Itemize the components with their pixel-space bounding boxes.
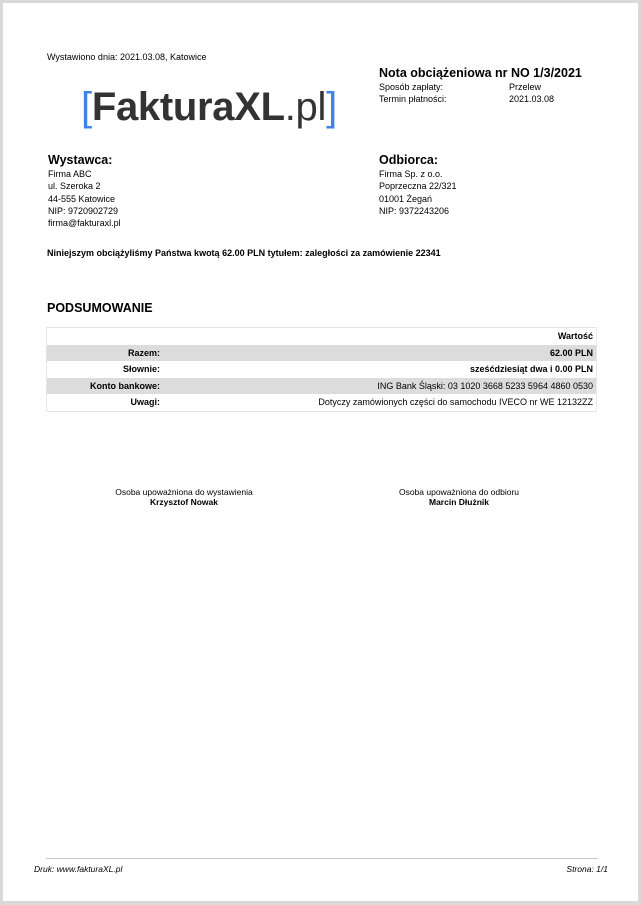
seller-city: 44-555 Katowice bbox=[48, 193, 121, 205]
notes-value: Dotyczy zamówionych części do samochodu … bbox=[163, 394, 597, 411]
summary-title: PODSUMOWANIE bbox=[47, 301, 153, 315]
seller-email: firma@fakturaxl.pl bbox=[48, 217, 121, 229]
payment-method-label: Sposób zapłaty: bbox=[379, 81, 509, 93]
buyer-nip: NIP: 9372243206 bbox=[379, 205, 457, 217]
table-row: Słownie: sześćdziesiąt dwa i 0.00 PLN bbox=[47, 361, 597, 378]
buyer-heading: Odbiorca: bbox=[379, 153, 457, 168]
buyer-street: Poprzeczna 22/321 bbox=[379, 180, 457, 192]
bank-account-label: Konto bankowe: bbox=[47, 378, 164, 395]
receiver-signature: Osoba upoważniona do odbioru Marcin Dłuż… bbox=[359, 487, 559, 507]
in-words-label: Słownie: bbox=[47, 361, 164, 378]
table-row: Razem: 62.00 PLN bbox=[47, 345, 597, 362]
payment-due-value: 2021.03.08 bbox=[509, 93, 554, 105]
total-value: 62.00 PLN bbox=[163, 345, 597, 362]
table-row: Uwagi: Dotyczy zamówionych części do sam… bbox=[47, 394, 597, 411]
buyer-city: 01001 Żegań bbox=[379, 193, 457, 205]
buyer-name: Firma Sp. z o.o. bbox=[379, 168, 457, 180]
payment-method-value: Przelew bbox=[509, 81, 541, 93]
debit-statement: Niniejszym obciążyliśmy Państwa kwotą 62… bbox=[47, 248, 441, 258]
logo-main-text: FakturaXL bbox=[92, 85, 285, 129]
logo-bracket-close: ] bbox=[326, 85, 337, 129]
issuer-caption: Osoba upoważniona do wystawienia bbox=[84, 487, 284, 497]
issuer-name: Krzysztof Nowak bbox=[84, 497, 284, 507]
document-title: Nota obciążeniowa nr NO 1/3/2021 bbox=[379, 66, 582, 80]
payment-due-row: Termin płatności: 2021.03.08 bbox=[379, 93, 554, 105]
notes-label: Uwagi: bbox=[47, 394, 164, 411]
seller-street: ul. Szeroka 2 bbox=[48, 180, 121, 192]
logo-tld: .pl bbox=[285, 85, 326, 129]
seller-nip: NIP: 9720902729 bbox=[48, 205, 121, 217]
issue-date-place: Wystawiono dnia: 2021.03.08, Katowice bbox=[47, 52, 207, 62]
table-row: Konto bankowe: ING Bank Śląski: 03 1020 … bbox=[47, 378, 597, 395]
total-label: Razem: bbox=[47, 345, 164, 362]
seller-heading: Wystawca: bbox=[48, 153, 121, 168]
logo-bracket-open: [ bbox=[81, 85, 92, 129]
issuer-signature: Osoba upoważniona do wystawienia Krzyszt… bbox=[84, 487, 284, 507]
receiver-caption: Osoba upoważniona do odbioru bbox=[359, 487, 559, 497]
summary-table: Wartość Razem: 62.00 PLN Słownie: sześćd… bbox=[46, 327, 597, 412]
payment-method-row: Sposób zapłaty: Przelew bbox=[379, 81, 554, 93]
in-words-value: sześćdziesiąt dwa i 0.00 PLN bbox=[163, 361, 597, 378]
footer-print-source: Druk: www.fakturaXL.pl bbox=[34, 864, 122, 874]
seller-block: Wystawca: Firma ABC ul. Szeroka 2 44-555… bbox=[48, 153, 121, 229]
payment-due-label: Termin płatności: bbox=[379, 93, 509, 105]
payment-meta: Sposób zapłaty: Przelew Termin płatności… bbox=[379, 81, 554, 105]
receiver-name: Marcin Dłużnik bbox=[359, 497, 559, 507]
seller-name: Firma ABC bbox=[48, 168, 121, 180]
summary-column-header: Wartość bbox=[163, 328, 597, 345]
company-logo: [FakturaXL.pl] bbox=[81, 83, 337, 131]
bank-account-value: ING Bank Śląski: 03 1020 3668 5233 5964 … bbox=[163, 378, 597, 395]
summary-header-empty bbox=[47, 328, 164, 345]
summary-header-row: Wartość bbox=[47, 328, 597, 345]
footer-page-number: Strona: 1/1 bbox=[566, 864, 608, 874]
footer-divider bbox=[46, 858, 598, 859]
buyer-block: Odbiorca: Firma Sp. z o.o. Poprzeczna 22… bbox=[379, 153, 457, 217]
document-page: Wystawiono dnia: 2021.03.08, Katowice [F… bbox=[3, 3, 638, 901]
